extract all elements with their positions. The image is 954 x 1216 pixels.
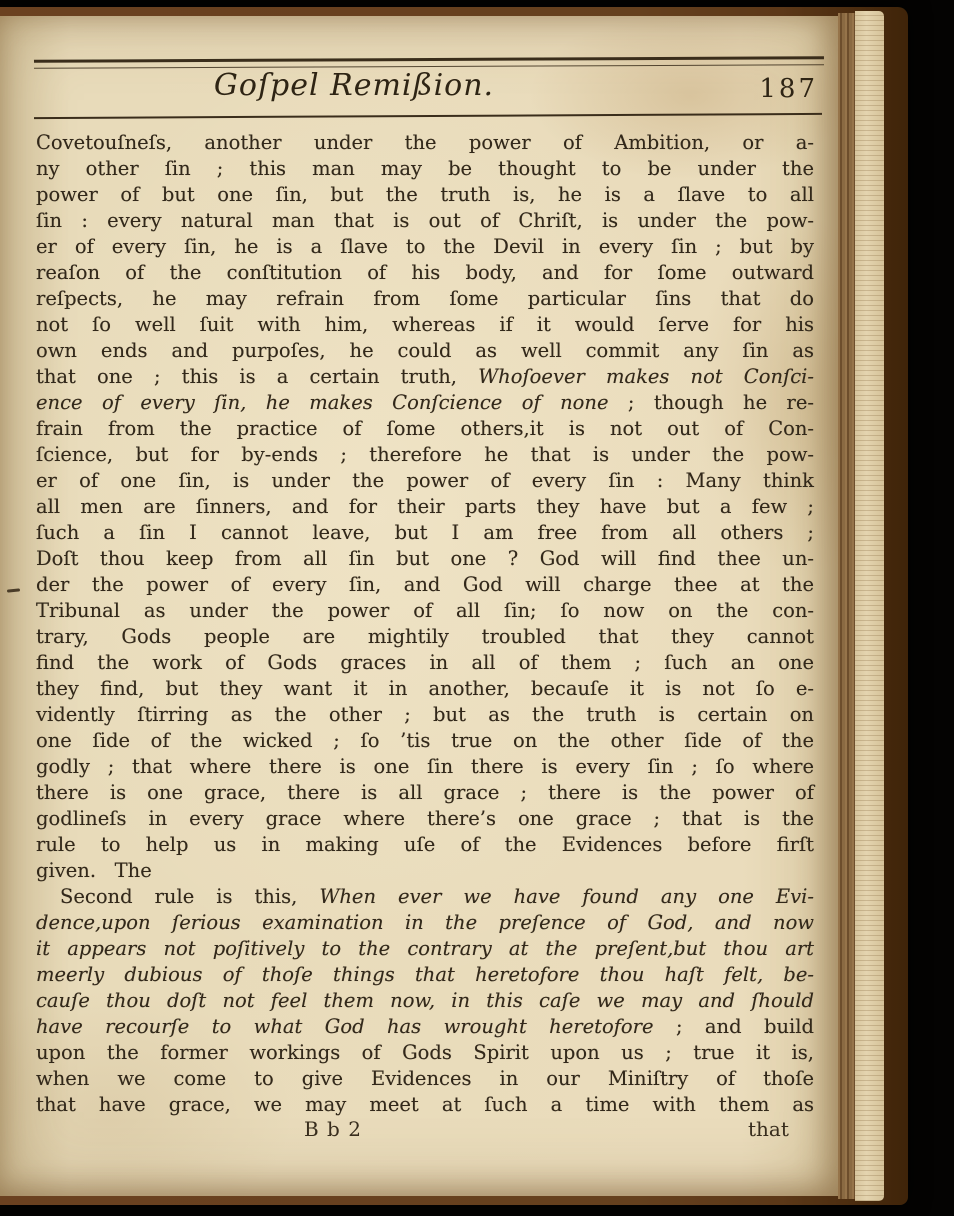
page-header: Goſpel Remißion. 187 xyxy=(36,68,814,112)
page-footer: B b 2 that xyxy=(36,1117,814,1147)
text-line: Doſt thou keep from all ſin but one ? Go… xyxy=(36,546,814,572)
header-rule-top xyxy=(34,56,824,68)
text-line: rule to help us in making uſe of the Evi… xyxy=(36,832,814,858)
margin-mark xyxy=(7,588,20,592)
text-line: godly ; that where there is one ſin ther… xyxy=(36,754,814,780)
text-line: all men are ſinners, and for their parts… xyxy=(36,494,814,520)
text-line: cauſe thou doſt not feel them now, in th… xyxy=(36,988,814,1014)
text-line: vidently ſtirring as the other ; but as … xyxy=(36,702,814,728)
text-line: godlineſs in every grace where there’s o… xyxy=(36,806,814,832)
text-line: Tribunal as under the power of all ſin; … xyxy=(36,598,814,624)
text-line: that have grace, we may meet at ſuch a t… xyxy=(36,1092,814,1118)
text-line: Covetouſneſs, another under the power of… xyxy=(36,130,814,156)
text-line: ſin : every natural man that is out of C… xyxy=(36,208,814,234)
text-line: they find, but they want it in another, … xyxy=(36,676,814,702)
text-line: there is one grace, there is all grace ;… xyxy=(36,780,814,806)
running-title: Goſpel Remißion. xyxy=(214,68,494,103)
text-line: meerly dubious of thoſe things that here… xyxy=(36,962,814,988)
text-line: der the power of every ſin, and God will… xyxy=(36,572,814,598)
book-page-edges xyxy=(855,11,884,1201)
photo-background: Goſpel Remißion. 187 Covetouſneſs, anoth… xyxy=(0,0,954,1216)
text-line: when we come to give Evidences in our Mi… xyxy=(36,1066,814,1092)
text-line: dence,upon ſerious examination in the pr… xyxy=(36,910,814,936)
text-line: have recourſe to what God has wrought he… xyxy=(36,1014,814,1040)
signature-mark: B b 2 xyxy=(304,1117,362,1141)
text-line: given. The xyxy=(36,858,814,884)
text-line: own ends and purpoſes, he could as well … xyxy=(36,338,814,364)
text-line: ſcience, but for by-ends ; therefore he … xyxy=(36,442,814,468)
text-line: er of every ſin, he is a ſlave to the De… xyxy=(36,234,814,260)
book-cover: Goſpel Remißion. 187 Covetouſneſs, anoth… xyxy=(0,7,908,1205)
text-line: not ſo well ſuit with him, whereas if it… xyxy=(36,312,814,338)
header-rule-bottom xyxy=(34,113,822,119)
catchword: that xyxy=(748,1117,789,1141)
text-line: frain from the practice of ſome others,i… xyxy=(36,416,814,442)
text-line: trary, Gods people are mightily troubled… xyxy=(36,624,814,650)
text-line: one ſide of the wicked ; ſo ’tis true on… xyxy=(36,728,814,754)
text-line: reſpects, he may refrain from ſome parti… xyxy=(36,286,814,312)
text-line: reaſon of the conſtitution of his body, … xyxy=(36,260,814,286)
text-line: find the work of Gods graces in all of t… xyxy=(36,650,814,676)
text-line: ence of every ſin, he makes Conſcience o… xyxy=(36,390,814,416)
text-line: upon the former workings of Gods Spirit … xyxy=(36,1040,814,1066)
page-number: 187 xyxy=(759,74,818,104)
page-gutter-edge xyxy=(838,13,855,1199)
text-line: power of but one ſin, but the truth is, … xyxy=(36,182,814,208)
body-text: Covetouſneſs, another under the power of… xyxy=(36,130,814,1118)
text-line: Second rule is this, When ever we have f… xyxy=(36,884,814,910)
text-line: ſuch a ſin I cannot leave, but I am free… xyxy=(36,520,814,546)
text-line: er of one ſin, is under the power of eve… xyxy=(36,468,814,494)
text-line: it appears not poſitively to the contrar… xyxy=(36,936,814,962)
book-page: Goſpel Remißion. 187 Covetouſneſs, anoth… xyxy=(0,16,838,1196)
text-line: that one ; this is a certain truth, Whoſ… xyxy=(36,364,814,390)
text-line: ny other ſin ; this man may be thought t… xyxy=(36,156,814,182)
